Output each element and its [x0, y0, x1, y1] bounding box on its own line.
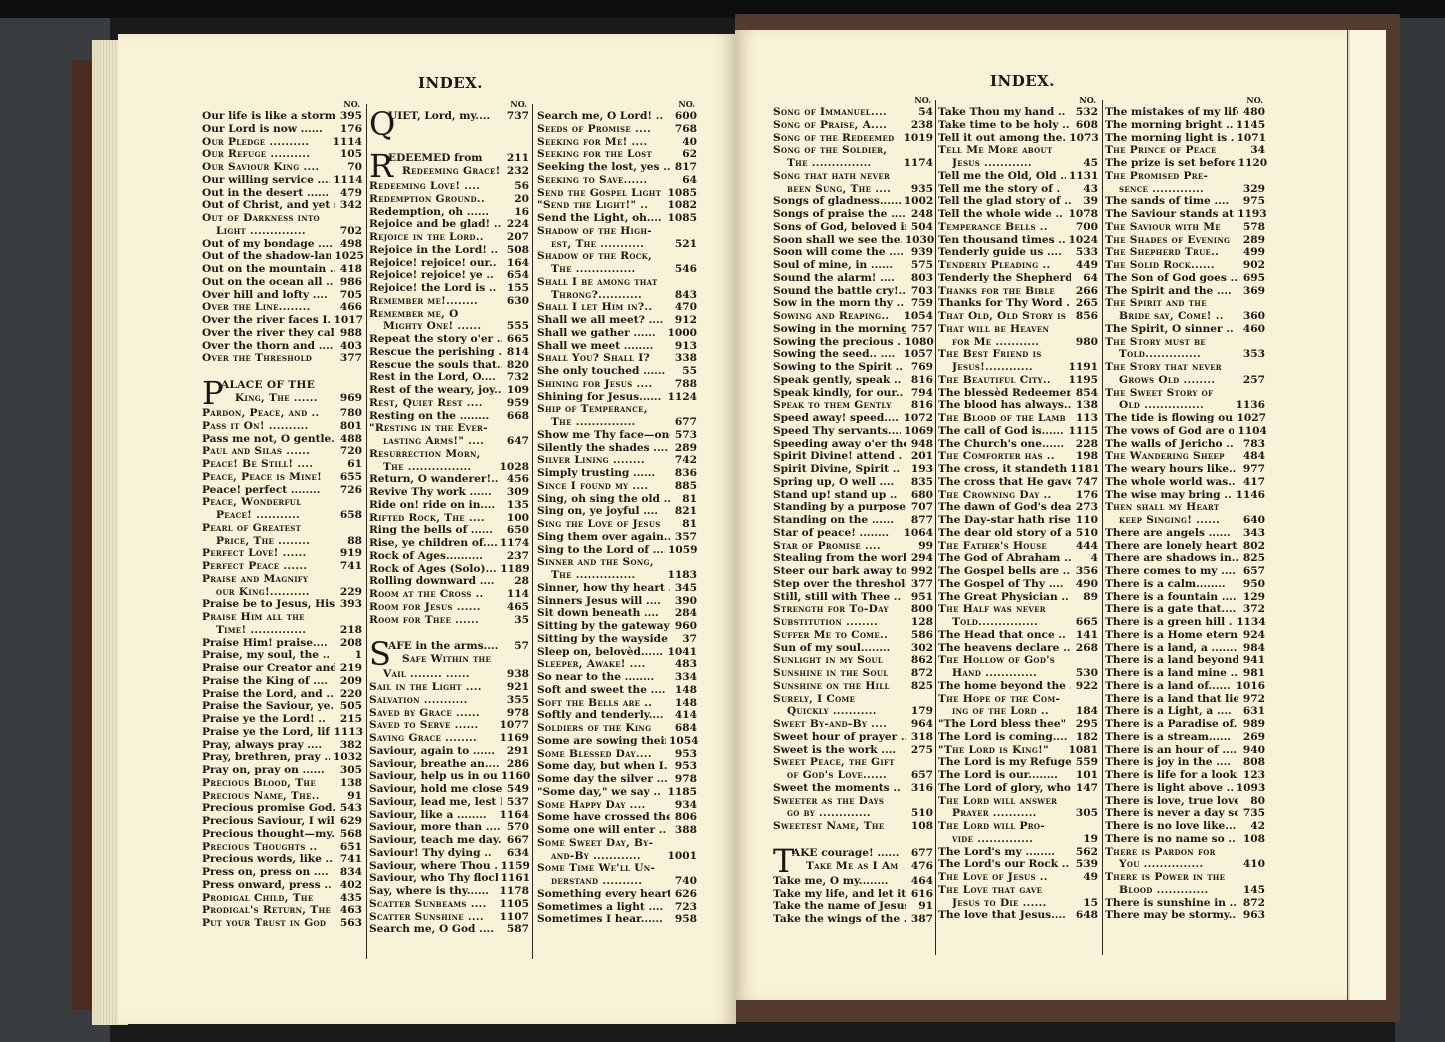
index-entry: There are lonely hearts802 [1105, 540, 1265, 553]
hymn-number: 1145 [1233, 119, 1265, 132]
index-entry: Shall we all meet? ....912 [537, 314, 697, 327]
hymn-number: 1059 [665, 544, 697, 557]
hymn-title: Sail in the Light .... [369, 681, 482, 694]
hymn-title: Sit down beneath .... [537, 607, 659, 620]
index-entry: Shall we gather ......1000 [537, 327, 697, 340]
hymn-title: Song that hath never [773, 170, 890, 183]
index-entry: Sunshine in the Soul872 [773, 667, 933, 680]
column-divider [1102, 100, 1103, 955]
hymn-title: sence ............. [1119, 183, 1204, 196]
index-entry: Some day, but when I.953 [537, 760, 697, 773]
index-entry: The Half was neverTold...............665 [938, 603, 1098, 629]
hymn-title: Saviour, who Thy flock [369, 872, 498, 885]
hymn-number: 81 [670, 493, 697, 506]
hymn-number: 963 [1238, 909, 1265, 922]
index-entry: Over the river they call988 [202, 327, 362, 340]
hymn-number: 508 [502, 244, 529, 257]
index-entry: So near to the ........334 [537, 671, 697, 684]
hymn-number [1238, 387, 1265, 400]
hymn-number: 1131 [1066, 170, 1098, 183]
hymn-number: 814 [502, 346, 529, 359]
hymn-number [335, 522, 362, 535]
hymn-number: 737 [502, 110, 529, 123]
hymn-number: 343 [1238, 527, 1265, 540]
hymn-title: Sow in the morn thy .. [773, 297, 904, 310]
hymn-number: 55 [670, 365, 697, 378]
index-entry: There is joy in the ....808 [1105, 756, 1265, 769]
index-entry: Scatter Sunbeams ....1105 [369, 898, 529, 911]
hymn-title: Stealing from the world [773, 552, 906, 565]
hymn-title: Over the Threshold [202, 352, 312, 365]
hymn-number: 40 [670, 136, 697, 149]
hymn-number: 201 [906, 450, 933, 463]
hymn-title: There are angels ...... [1105, 527, 1231, 540]
hymn-number: 651 [335, 841, 362, 854]
hymn-title: Shadow of the Rock, [537, 250, 652, 263]
index-entry: Sinner and the Song,The ...............1… [537, 556, 697, 582]
index-entry: Rejoice and be glad! ..224 [369, 218, 529, 231]
hymn-number: 769 [906, 361, 933, 374]
index-entry: Revive Thy work ......309 [369, 486, 529, 499]
hymn-title: Shall we gather ...... [537, 327, 656, 340]
index-entry: The Spirit and the ....369 [1105, 285, 1265, 298]
index-entry: The vows of God are on1104 [1105, 425, 1265, 438]
index-entry: Seeking for Me! ....40 [537, 136, 697, 149]
hymn-title: The Story that never [1105, 361, 1222, 374]
index-entry: Standing by a purpose.707 [773, 501, 933, 514]
hymn-title: The Shades of Evening [1105, 234, 1230, 247]
hymn-title: Bride say, Come! .. [1119, 310, 1224, 323]
index-entry: Tenderly guide us ....533 [938, 246, 1098, 259]
hymn-number: 816 [906, 399, 933, 412]
hymn-number: 629 [335, 815, 362, 828]
index-entry: Room for Jesus ......465 [369, 601, 529, 614]
hymn-title: The dear old story of a. [938, 527, 1071, 540]
index-entry: There comes to my ....657 [1105, 565, 1265, 578]
index-entry: Soft the Bells are ..148 [537, 697, 697, 710]
hymn-title: Our willing service .... [202, 174, 330, 187]
hymn-number [670, 556, 697, 569]
index-entry: Praise and Magnifyour King!..........229 [202, 573, 362, 599]
index-entry: Rolling downward ....28 [369, 575, 529, 588]
hymn-title: Pass it On! .......... [202, 420, 309, 433]
index-entry: The Spirit and theBride say, Come! ..360 [1105, 297, 1265, 323]
index-entry: Some Time We'll Un-derstand ..........74… [537, 862, 697, 888]
index-entry: Praise the Saviour, ye..505 [202, 700, 362, 713]
index-entry: Tell the glad story of ..39 [938, 195, 1098, 208]
hymn-title: Out on the ocean all .. [202, 276, 333, 289]
hymn-number: 741 [335, 560, 362, 573]
hymn-title: There is a calm........ [1105, 578, 1226, 591]
hymn-number: 757 [906, 323, 933, 336]
hymn-number: 19 [1071, 833, 1098, 846]
index-entry: The Love that gaveJesus to Die ......15 [938, 884, 1098, 910]
hymn-number: 885 [670, 480, 697, 493]
hymn-title: The Great Physician .. [938, 591, 1069, 604]
hymn-title: There is love, true love [1105, 795, 1238, 808]
hymn-number: 667 [502, 834, 529, 847]
hymn-number: 821 [670, 505, 697, 518]
hymn-number: 476 [906, 860, 933, 873]
hymn-title: Sleeper, Awake! .... [537, 658, 646, 671]
hymn-title: Ride on! ride on in.... [369, 499, 495, 512]
index-entry: Out of the shadow-land1025 [202, 250, 362, 263]
hymn-title: Out of the shadow-land [202, 250, 331, 263]
hymn-title: Our life is like a stormy [202, 110, 335, 123]
hymn-number [1238, 501, 1265, 514]
hymn-number: 794 [906, 387, 933, 400]
index-entry: TAKE courage! ......677Take Me as I Am47… [773, 847, 933, 875]
index-entry: Redeeming Love! ....56 [369, 180, 529, 193]
hymn-title: Praise ye the Lord! .. [202, 713, 326, 726]
hymn-title: There is an hour of .... [1105, 744, 1237, 757]
index-entry: Sow in the morn thy ..759 [773, 297, 933, 310]
hymn-title: Take the wings of the . [773, 913, 906, 926]
index-entry: There is light above ..1093 [1105, 782, 1265, 795]
hymn-title: Jesus ............ [952, 157, 1032, 170]
hymn-number: 820 [502, 359, 529, 372]
hymn-number: 64 [670, 174, 697, 187]
hymn-number: 418 [335, 263, 362, 276]
hymn-number [502, 448, 529, 461]
index-entry: Stealing from the world294 [773, 552, 933, 565]
hymn-number [1071, 603, 1098, 616]
hymn-title: There is a land mine .. [1105, 667, 1238, 680]
hymn-title: Press on, press on .... [202, 866, 329, 879]
index-entry: There may be stormy..963 [1105, 909, 1265, 922]
hymn-title: Over the river faces I.. [202, 314, 330, 327]
index-entry: Rock of Ages (Solo)....1189 [369, 563, 529, 576]
hymn-title: Jesus!............ [952, 361, 1033, 374]
section-gap [202, 365, 362, 379]
hymn-title: There is a land of...... [1105, 680, 1231, 693]
index-entry: Praise the King of ....209 [202, 675, 362, 688]
index-entry: Redemption, oh ......16 [369, 206, 529, 219]
index-entry: Praise ye the Lord! ..215 [202, 713, 362, 726]
index-entry: Ride on! ride on in....135 [369, 499, 529, 512]
hymn-number: 444 [1071, 540, 1098, 553]
hymn-title: Soldiers of the King [537, 722, 651, 735]
hymn-title: The ............... [551, 569, 636, 582]
hymn-number [1071, 884, 1098, 897]
index-entry: Speak gently, speak ..816 [773, 374, 933, 387]
index-entry: Spirit Divine! attend .201 [773, 450, 933, 463]
index-entry: Take time to be holy ..608 [938, 119, 1098, 132]
index-entry: There is a gate that....372 [1105, 603, 1265, 616]
drop-cap: T [773, 847, 791, 875]
hymn-number: 650 [502, 524, 529, 537]
hymn-number: 665 [1071, 616, 1098, 629]
hymn-number: 573 [670, 429, 697, 442]
index-entry: Some have crossed the.806 [537, 811, 697, 824]
hymn-title: The blessèd Redeemer [938, 387, 1071, 400]
hymn-number: 402 [335, 879, 362, 892]
index-entry: Pearl of GreatestPrice, The ........88 [202, 522, 362, 548]
hymn-title: Take time to be holy .. [938, 119, 1070, 132]
hymn-title: Jesus to Die ...... [952, 897, 1047, 910]
hymn-title: Sing them over again.. [537, 531, 670, 544]
index-entry: Song of Praise, A....238 [773, 119, 933, 132]
hymn-title: Over the Line........ [202, 301, 311, 314]
hymn-title: King, The ...... [235, 392, 318, 405]
hymn-number: 109 [502, 384, 529, 397]
hymn-title: Precious Blood, The [202, 777, 316, 790]
hymn-title: The Half was never [938, 603, 1046, 616]
index-entry: Send the Light, oh....1085 [537, 212, 697, 225]
index-entry: PALACE OF THEKing, The ......969 [202, 379, 362, 407]
hymn-title: Pardon, Peace, and .. [202, 407, 319, 420]
hymn-number: 1000 [665, 327, 698, 340]
hymn-title: Sitting by the gateway [537, 620, 670, 633]
hymn-title: Sinners Jesus will .... [537, 595, 661, 608]
hymn-title: Take Me as I Am [806, 860, 898, 873]
hymn-title: Told.............. [1119, 348, 1201, 361]
hymn-title: Send the Gospel Light [537, 187, 661, 200]
index-entry: Vail ........ ......938 [369, 668, 529, 681]
index-entry: Resurrection Morn,The ................10… [369, 448, 529, 474]
hymn-title: Old ............... [1119, 399, 1204, 412]
index-entry: Shadow of the High-est, The ...........5… [537, 225, 697, 251]
index-entry: Some one will enter ..388 [537, 824, 697, 837]
hymn-number: 836 [670, 467, 697, 480]
hymn-number: 1195 [1066, 374, 1099, 387]
index-entry: There is a land mine ..981 [1105, 667, 1265, 680]
hymn-number: 148 [670, 684, 697, 697]
hymn-title: Saved by Grace ...... [369, 707, 480, 720]
hymn-number: 981 [1238, 667, 1265, 680]
hymn-title: Speak to them Gently [773, 399, 892, 412]
index-entry: Praise Him! praise....208 [202, 637, 362, 650]
index-entry: Out on the ocean all ..986 [202, 276, 362, 289]
hymn-number: 318 [906, 731, 933, 744]
hymn-title: Sweet By-and-By .... [773, 718, 887, 731]
hymn-title: Shining for Jesus...... [537, 391, 661, 404]
hymn-title: Then shall my Heart [1105, 501, 1219, 514]
hymn-title: Speak kindly, for our.. [773, 387, 903, 400]
hymn-title: The Comforter has .. [938, 450, 1055, 463]
hymn-number: 741 [335, 853, 362, 866]
hymn-title: Saviour, again to ...... [369, 745, 495, 758]
index-entry: Peace, Peace is Mine!655 [202, 471, 362, 484]
hymn-title: The ............... [551, 263, 636, 276]
index-entry: Softly and tenderly....414 [537, 709, 697, 722]
hymn-number: 862 [906, 654, 933, 667]
hymn-title: Scatter Sunshine .... [369, 911, 484, 924]
hymn-number: 834 [335, 866, 362, 879]
hymn-number: 1017 [330, 314, 362, 327]
hymn-number: 184 [1071, 705, 1098, 718]
hymn-title: Rest, Quiet Rest .... [369, 397, 483, 410]
hymn-title: Simply trusting ...... [537, 467, 655, 480]
index-entry: Temperance Bells ..700 [938, 221, 1098, 234]
hymn-number: 215 [335, 713, 362, 726]
index-entry: The Hollow of God'sHand .............530 [938, 654, 1098, 680]
index-entry: Seeking for the Lost62 [537, 148, 697, 161]
hymn-number: 1120 [1235, 157, 1265, 170]
hymn-title: Tell the glad story of .. [938, 195, 1071, 208]
hymn-number: 338 [670, 352, 697, 365]
hymn-title: Praise ye the Lord, lift [202, 726, 330, 739]
index-entry: Rise, ye children of....1174 [369, 537, 529, 550]
hymn-title: "The Lord bless thee" [938, 718, 1066, 731]
hymn-number: 720 [335, 445, 362, 458]
hymn-title: Time! .............. [216, 624, 306, 637]
hymn-number: 935 [906, 183, 933, 196]
hymn-number: 369 [1238, 285, 1265, 298]
index-entry: The morning bright ..1145 [1105, 119, 1265, 132]
hymn-title: So near to the ........ [537, 671, 654, 684]
hymn-number: 677 [670, 416, 697, 429]
hymn-number: 677 [906, 847, 933, 860]
hymn-number: 654 [502, 269, 529, 282]
hymn-number: 1028 [497, 461, 530, 474]
index-entry: Tell it out among the..1073 [938, 132, 1098, 145]
index-entry: Sun of my soul........302 [773, 642, 933, 655]
hymn-number: 1114 [330, 174, 362, 187]
hymn-title: The vows of God are on [1105, 425, 1234, 438]
hymn-title: There may be stormy.. [1105, 909, 1236, 922]
index-entry: Sing on, ye joyful ....821 [537, 505, 697, 518]
hymn-number: 600 [670, 110, 697, 123]
background-right [1395, 18, 1445, 1042]
hymn-title: The love that Jesus.... [938, 909, 1066, 922]
hymn-title: Sunshine on the Hill [773, 680, 890, 693]
hymn-title: Our Refuge .......... [202, 148, 310, 161]
hymn-title: The Gospel bells are .. [938, 565, 1070, 578]
hymn-title: "Send the Light!" .. [537, 199, 648, 212]
index-entry: Song of the Redeemed1019 [773, 132, 933, 145]
hymn-number: 316 [906, 782, 933, 795]
index-entry: Sing them over again..357 [537, 531, 697, 544]
hymn-number: 984 [1238, 642, 1265, 655]
hymn-title: AKE courage! ...... [792, 847, 899, 860]
hymn-number: 872 [1238, 897, 1265, 910]
index-entry: Tell Me More aboutJesus ............45 [938, 144, 1098, 170]
hymn-title: Softly and tenderly.... [537, 709, 663, 722]
index-entry: Surely, I ComeQuickly ...........179 [773, 693, 933, 719]
index-entry: Rest in the Lord, O....732 [369, 371, 529, 384]
hymn-number: 537 [502, 796, 529, 809]
index-entry: Precious Blood, The138 [202, 777, 362, 790]
hymn-title: The Promised Pre- [1105, 170, 1208, 183]
hymn-number: 1024 [1066, 234, 1098, 247]
index-entry: The Story that neverGrows Old ........25… [1105, 361, 1265, 387]
hymn-title: Grows Old ........ [1119, 374, 1215, 387]
number-column-label: NO. [1105, 94, 1265, 106]
index-entry: Saviour, like a ........1164 [369, 809, 529, 822]
index-entry: Pray, brethren, pray ..1032 [202, 751, 362, 764]
hymn-title: Standing by a purpose. [773, 501, 906, 514]
hymn-title: Tell it out among the.. [938, 132, 1066, 145]
hymn-number: 586 [906, 629, 933, 642]
hymn-number [906, 756, 933, 769]
hymn-number: 657 [1238, 565, 1265, 578]
index-entry: Precious Thoughts ..651 [202, 841, 362, 854]
hymn-title: Seeking to Save...... [537, 174, 648, 187]
hymn-title: Hand ............. [952, 667, 1037, 680]
hymn-number: 1069 [901, 425, 933, 438]
hymn-number: 1174 [497, 537, 529, 550]
hymn-number: 232 [502, 165, 529, 178]
hymn-title: The Saviour with Me [1105, 221, 1221, 234]
index-entry: Rejoice! rejoice! ye ..654 [369, 269, 529, 282]
hymn-title: Thanks for Thy Word . [938, 297, 1070, 310]
index-entry: Praise our Creator and219 [202, 662, 362, 675]
hymn-title: est, The ........... [551, 238, 644, 251]
index-column: NO.The mistakes of my life480The morning… [1105, 94, 1265, 922]
index-entry: Pray on, pray on ......305 [202, 764, 362, 777]
hymn-title: Saviour, breathe an.... [369, 758, 500, 771]
index-entry: Sinner, how thy heart .345 [537, 582, 697, 595]
index-entry: Tenderly Pleading ..449 [938, 259, 1098, 272]
hymn-number: 218 [335, 624, 362, 637]
hymn-number: 1073 [1066, 132, 1098, 145]
hymn-title: The prize is set before . [1105, 157, 1235, 170]
hymn-number: 291 [502, 745, 529, 758]
hymn-number [906, 693, 933, 706]
hymn-title: for Me ........... [952, 336, 1039, 349]
hymn-title: The Hope of the Com- [938, 693, 1060, 706]
index-entry: Tell the whole wide ..1078 [938, 208, 1098, 221]
hymn-number: 747 [1071, 476, 1098, 489]
hymn-number: 110 [1071, 514, 1098, 527]
hymn-title: Saviour! Thy dying .. [369, 847, 492, 860]
index-entry: Precious Name, The..91 [202, 790, 362, 803]
index-entry: Sweet is the work ....275 [773, 744, 933, 757]
index-entry: Thanks for the Bible266 [938, 285, 1098, 298]
hymn-title: The Hollow of God's [938, 654, 1055, 667]
hymn-title: Sowing and Reaping.. [773, 310, 889, 323]
hymn-number: 286 [502, 758, 529, 771]
hymn-title: The Father's House [938, 540, 1047, 553]
index-entry: Tell me the story of .43 [938, 183, 1098, 196]
hymn-title: Soft and sweet the .... [537, 684, 665, 697]
index-entry: Rejoice! rejoice! our..164 [369, 257, 529, 270]
hymn-title: Speeding away o'er the [773, 438, 906, 451]
hymn-title: Redeeming Love! .... [369, 180, 480, 193]
hymn-title: Praise and Magnify [202, 573, 308, 586]
hymn-number: 464 [906, 875, 933, 888]
hymn-title: "Resting in the Ever- [369, 422, 488, 435]
hymn-title: Praise the King of .... [202, 675, 328, 688]
hymn-title: There is a green hill .. [1105, 616, 1233, 629]
hymn-title: Over hill and lofty .... [202, 289, 328, 302]
hymn-number: 1174 [901, 157, 934, 170]
hymn-number: 377 [335, 352, 362, 365]
hymn-title: Spirit Divine! attend . [773, 450, 902, 463]
hymn-number: 148 [670, 697, 697, 710]
hymn-number: 460 [1238, 323, 1265, 336]
hymn-number: 61 [335, 458, 362, 471]
index-entry: Pardon, Peace, and ..780 [202, 407, 362, 420]
hymn-title: The Head that once .. [938, 629, 1066, 642]
hymn-title: Rejoice in the Lord! .. [369, 244, 498, 257]
hymn-title: Temperance Bells .. [938, 221, 1048, 234]
hymn-title: Redemption, oh ...... [369, 206, 489, 219]
index-entry: Step over the threshold377 [773, 578, 933, 591]
index-entry: There is a land, a .......984 [1105, 642, 1265, 655]
hymn-number [670, 862, 697, 875]
hymn-number: 1081 [1066, 744, 1099, 757]
hymn-title: The Lord's our Rock .. [938, 858, 1069, 871]
index-entry: Sowing to the Spirit ..769 [773, 361, 933, 374]
index-entry: Sons of God, beloved in504 [773, 221, 933, 234]
hymn-number: 1159 [497, 860, 529, 873]
hymn-number: 410 [1238, 858, 1265, 871]
hymn-number: 81 [670, 518, 697, 531]
index-entry: Speed away! speed....1072 [773, 412, 933, 425]
hymn-title: The Crowning Day .. [938, 489, 1052, 502]
